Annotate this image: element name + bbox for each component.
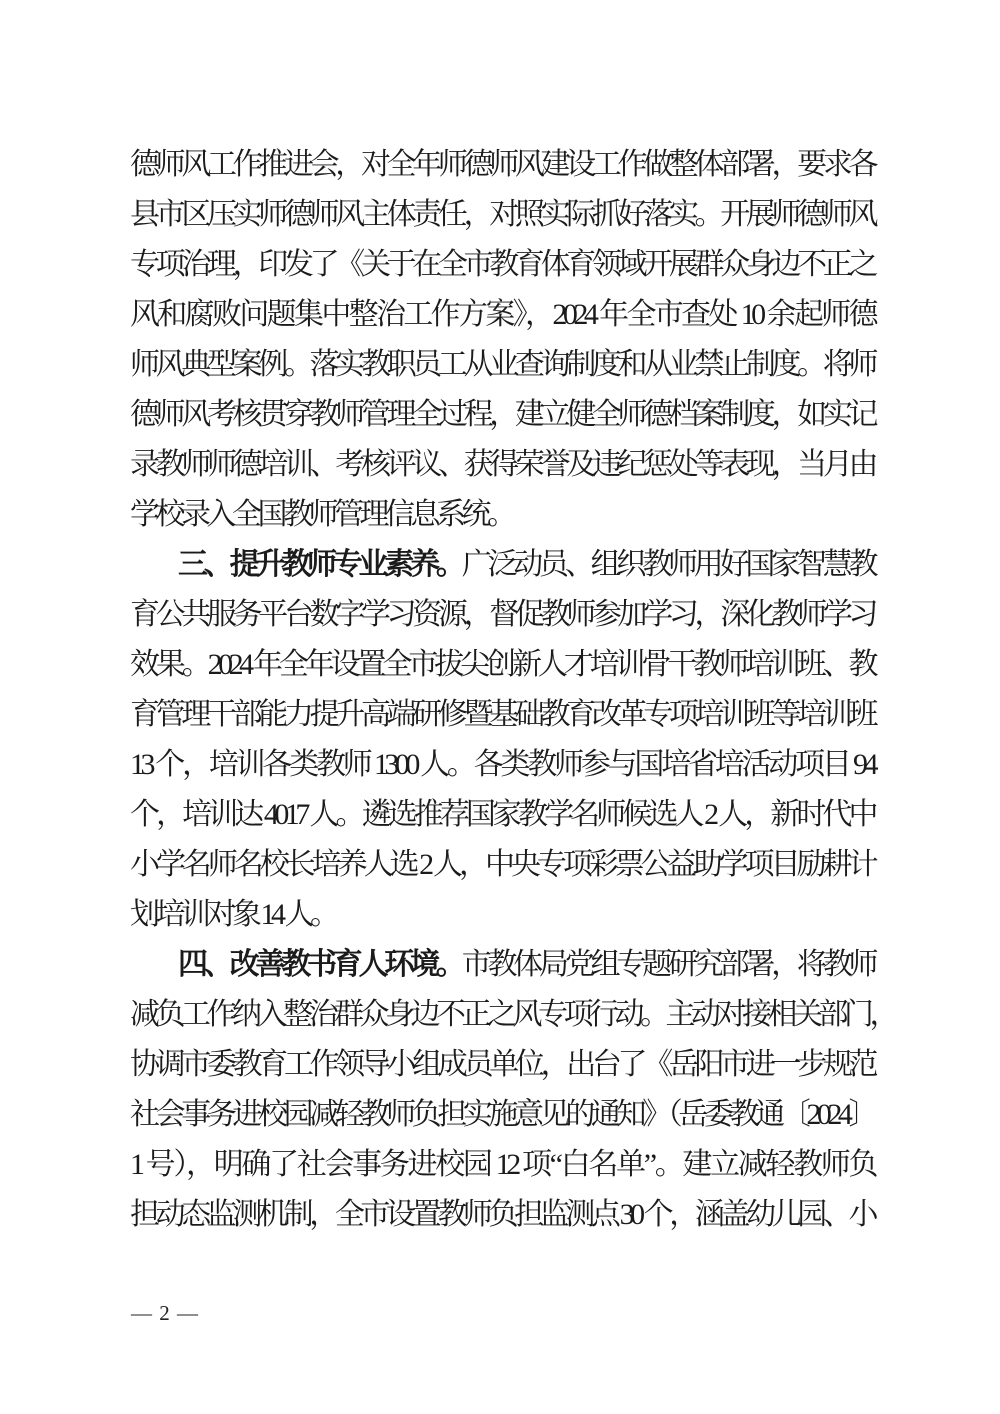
text-line: 个，培训达 4017 人。遴选推荐国家教学名师候选人 2 人，新时代中 [130, 790, 874, 840]
text-line: 德师风考核贯穿教师管理全过程，建立健全师德档案制度，如实记 [130, 390, 874, 440]
page-number: — 2 — [131, 1298, 199, 1328]
text-line: 小学名师名校长培养人选 2 人，中央专项彩票公益助学项目励耕计 [130, 840, 874, 890]
paragraph-heading: 三、提升教师专业素养。 [178, 548, 462, 581]
text-line: 社会事务进校园减轻教师负担实施意见的通知》（岳委教通〔2024〕 [130, 1090, 874, 1140]
text-line: 师风典型案例。落实教职员工从业查询制度和从业禁止制度。将师 [130, 340, 874, 390]
text-line: 效果。2024 年全年设置全市拔尖创新人才培训骨干教师培训班、教 [130, 640, 874, 690]
text-line: 减负工作纳入整治群众身边不正之风专项行动。主动对接相关部门， [130, 990, 874, 1040]
text-line: 录教师师德培训、考核评议、获得荣誉及违纪惩处等表现，当月由 [130, 440, 874, 490]
text-line: 13 个，培训各类教师 1300 人。各类教师参与国培省培活动项目 94 [130, 740, 874, 790]
text-line: 划培训对象 14 人。 [130, 890, 874, 940]
text-line: 三、提升教师专业素养。广泛动员、组织教师用好国家智慧教 [130, 540, 874, 590]
paragraph-heading: 四、改善教书育人环境。 [178, 948, 462, 981]
document-page: 德师风工作推进会，对全年师德师风建设工作做整体部署，要求各县市区压实师德师风主体… [0, 0, 1000, 1414]
text-line: 育公共服务平台数字学习资源，督促教师参加学习，深化教师学习 [130, 590, 874, 640]
text-line: 德师风工作推进会，对全年师德师风建设工作做整体部署，要求各 [130, 140, 874, 190]
text-line: 学校录入全国教师管理信息系统。 [130, 490, 874, 540]
text-line: 担动态监测机制，全市设置教师负担监测点 30 个，涵盖幼儿园、小 [130, 1190, 874, 1240]
text-line: 专项治理，印发了《关于在全市教育体育领域开展群众身边不正之 [130, 240, 874, 290]
text-line: 1 号），明确了社会事务进校园 12 项“白名单”。建立减轻教师负 [130, 1140, 874, 1190]
text-line: 育管理干部能力提升高端研修暨基础教育改革专项培训班等培训班 [130, 690, 874, 740]
text-line: 协调市委教育工作领导小组成员单位，出台了《岳阳市进一步规范 [130, 1040, 874, 1090]
text-line: 四、改善教书育人环境。市教体局党组专题研究部署，将教师 [130, 940, 874, 990]
text-line: 风和腐败问题集中整治工作方案》，2024 年全市查处 10 余起师德 [130, 290, 874, 340]
document-body: 德师风工作推进会，对全年师德师风建设工作做整体部署，要求各县市区压实师德师风主体… [130, 140, 874, 1240]
text-line: 县市区压实师德师风主体责任，对照实际抓好落实。开展师德师风 [130, 190, 874, 240]
